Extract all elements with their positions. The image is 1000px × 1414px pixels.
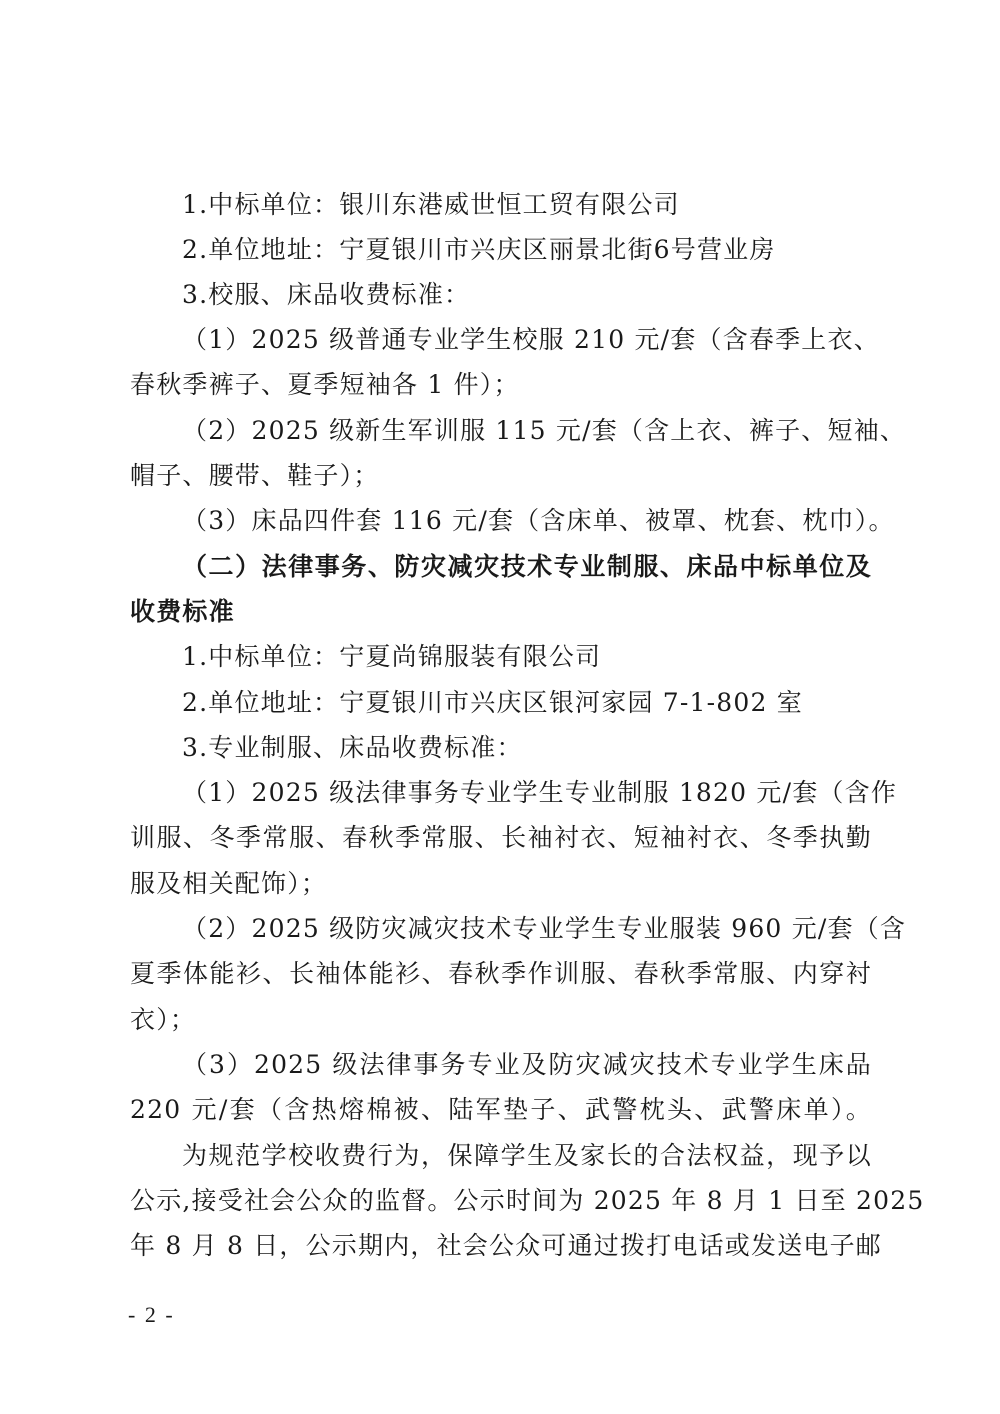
item-2-1-line3: 服及相关配饰）；	[130, 861, 872, 906]
item-2-3-line2: 220 元/套（含热熔棉被、陆军垫子、武警枕头、武警床单）。	[130, 1087, 872, 1132]
item-1-2-line2: 帽子、腰带、鞋子）；	[130, 453, 872, 498]
standard-heading-1: 3.校服、床品收费标准：	[182, 272, 872, 317]
document-page: 1.中标单位：银川东港威世恒工贸有限公司 2.单位地址：宁夏银川市兴庆区丽景北街…	[0, 0, 1000, 1414]
item-1-1-line2: 春秋季裤子、夏季短袖各 1 件）；	[130, 362, 872, 407]
standard-heading-2: 3.专业制服、床品收费标准：	[182, 725, 872, 770]
closing-line3: 年 8 月 8 日，公示期内，社会公众可通过拨打电话或发送电子邮	[130, 1223, 872, 1268]
item-2-1-line1: （1）2025 级法律事务专业学生专业制服 1820 元/套（含作	[182, 770, 872, 815]
winner-line-1: 1.中标单位：银川东港威世恒工贸有限公司	[182, 182, 872, 227]
item-1-3-line1: （3）床品四件套 116 元/套（含床单、被罩、枕套、枕巾）。	[182, 498, 872, 543]
address-line-1: 2.单位地址：宁夏银川市兴庆区丽景北街6号营业房	[182, 227, 872, 272]
item-2-2-line2: 夏季体能衫、长袖体能衫、春秋季作训服、春秋季常服、内穿衬	[130, 951, 872, 996]
closing-line1: 为规范学校收费行为，保障学生及家长的合法权益，现予以	[182, 1133, 872, 1178]
closing-line2: 公示,接受社会公众的监督。公示时间为 2025 年 8 月 1 日至 2025	[130, 1178, 872, 1223]
item-2-2-line3: 衣）；	[130, 997, 872, 1042]
address-line-2: 2.单位地址：宁夏银川市兴庆区银河家园 7-1-802 室	[182, 680, 872, 725]
section-two-heading-line1: （二）法律事务、防灾减灾技术专业制服、床品中标单位及	[182, 544, 872, 589]
item-2-1-line2: 训服、冬季常服、春秋季常服、长袖衬衣、短袖衬衣、冬季执勤	[130, 815, 872, 860]
item-2-2-line1: （2）2025 级防灾减灾技术专业学生专业服装 960 元/套（含	[182, 906, 872, 951]
section-two-heading-line2: 收费标准	[130, 589, 872, 634]
page-number: - 2 -	[128, 1300, 175, 1330]
item-2-3-line1: （3）2025 级法律事务专业及防灾减灾技术专业学生床品	[182, 1042, 872, 1087]
item-1-2-line1: （2）2025 级新生军训服 115 元/套（含上衣、裤子、短袖、	[182, 408, 872, 453]
item-1-1-line1: （1）2025 级普通专业学生校服 210 元/套（含春季上衣、	[182, 317, 872, 362]
winner-line-2: 1.中标单位：宁夏尚锦服装有限公司	[182, 634, 872, 679]
